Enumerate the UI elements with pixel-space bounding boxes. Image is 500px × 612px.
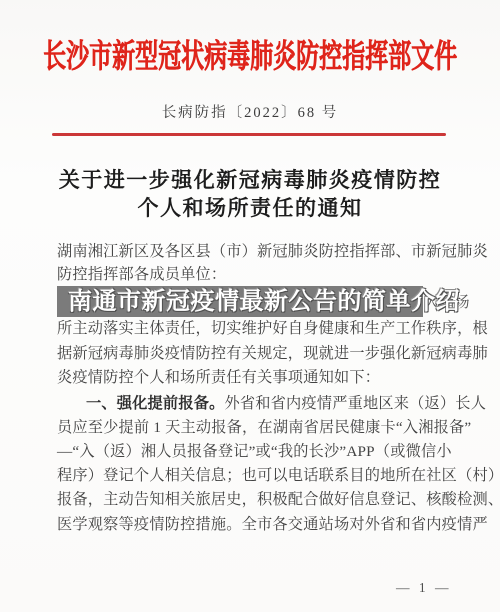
watermark-overlay-text: 南通市新冠疫情最新公告的简单介绍	[57, 286, 460, 317]
scanned-official-document: 长沙市新型冠状病毒肺炎防控指挥部文件 长病防指〔2022〕68 号 关于进一步强…	[0, 0, 500, 612]
agency-letterhead-title: 长沙市新型冠状病毒肺炎防控指挥部文件	[0, 20, 500, 94]
letterhead-divider-rule	[52, 133, 446, 136]
page-number: — 1 —	[396, 580, 452, 596]
paragraph-line: 据新冠病毒肺炎疫情防控有关规定，现就进一步强化新冠病毒肺	[57, 342, 461, 363]
paragraph-line: 员应至少提前 1 天主动报备，在湖南省居民健康卡“入湘报备”	[57, 416, 461, 437]
salutation-line: 防控指挥部各成员单位：	[57, 263, 461, 284]
paragraph-line: 程序）登记个人相关信息；也可以电话联系目的地所在社区（村）	[57, 464, 461, 485]
document-title-line1: 关于进一步强化新冠病毒肺炎疫情防控	[0, 164, 500, 194]
document-title-line2: 个人和场所责任的通知	[0, 192, 500, 222]
list-item-text: 外省和省内疫情严重地区来（返）长人	[225, 395, 487, 412]
document-reference-number: 长病防指〔2022〕68 号	[0, 101, 500, 122]
list-item-heading: 一、强化提前报备。	[86, 395, 225, 412]
paragraph-line: 炎疫情防控个人和场所责任有关事项通知如下：	[57, 366, 461, 387]
salutation-line: 湖南湘江新区及各区县（市）新冠肺炎防控指挥部、市新冠肺炎	[57, 240, 461, 261]
paragraph-line: 报备，主动告知相关旅居史，积极配合做好信息登记、核酸检测、	[57, 488, 461, 509]
list-item-first-line: 一、强化提前报备。外省和省内疫情严重地区来（返）长人	[86, 392, 490, 413]
paragraph-line: —“入（返）湘人员报备登记”或“我的长沙”APP（或微信小	[57, 440, 461, 461]
watermark-overlay-banner[interactable]: 南通市新冠疫情最新公告的简单介绍	[57, 286, 423, 317]
paragraph-line: 医学观察等疫情防控措施。全市各交通站场对外省和省内疫情严	[57, 513, 461, 534]
paragraph-line: 所主动落实主体责任，切实维护好自身健康和生产工作秩序，根	[57, 317, 461, 338]
